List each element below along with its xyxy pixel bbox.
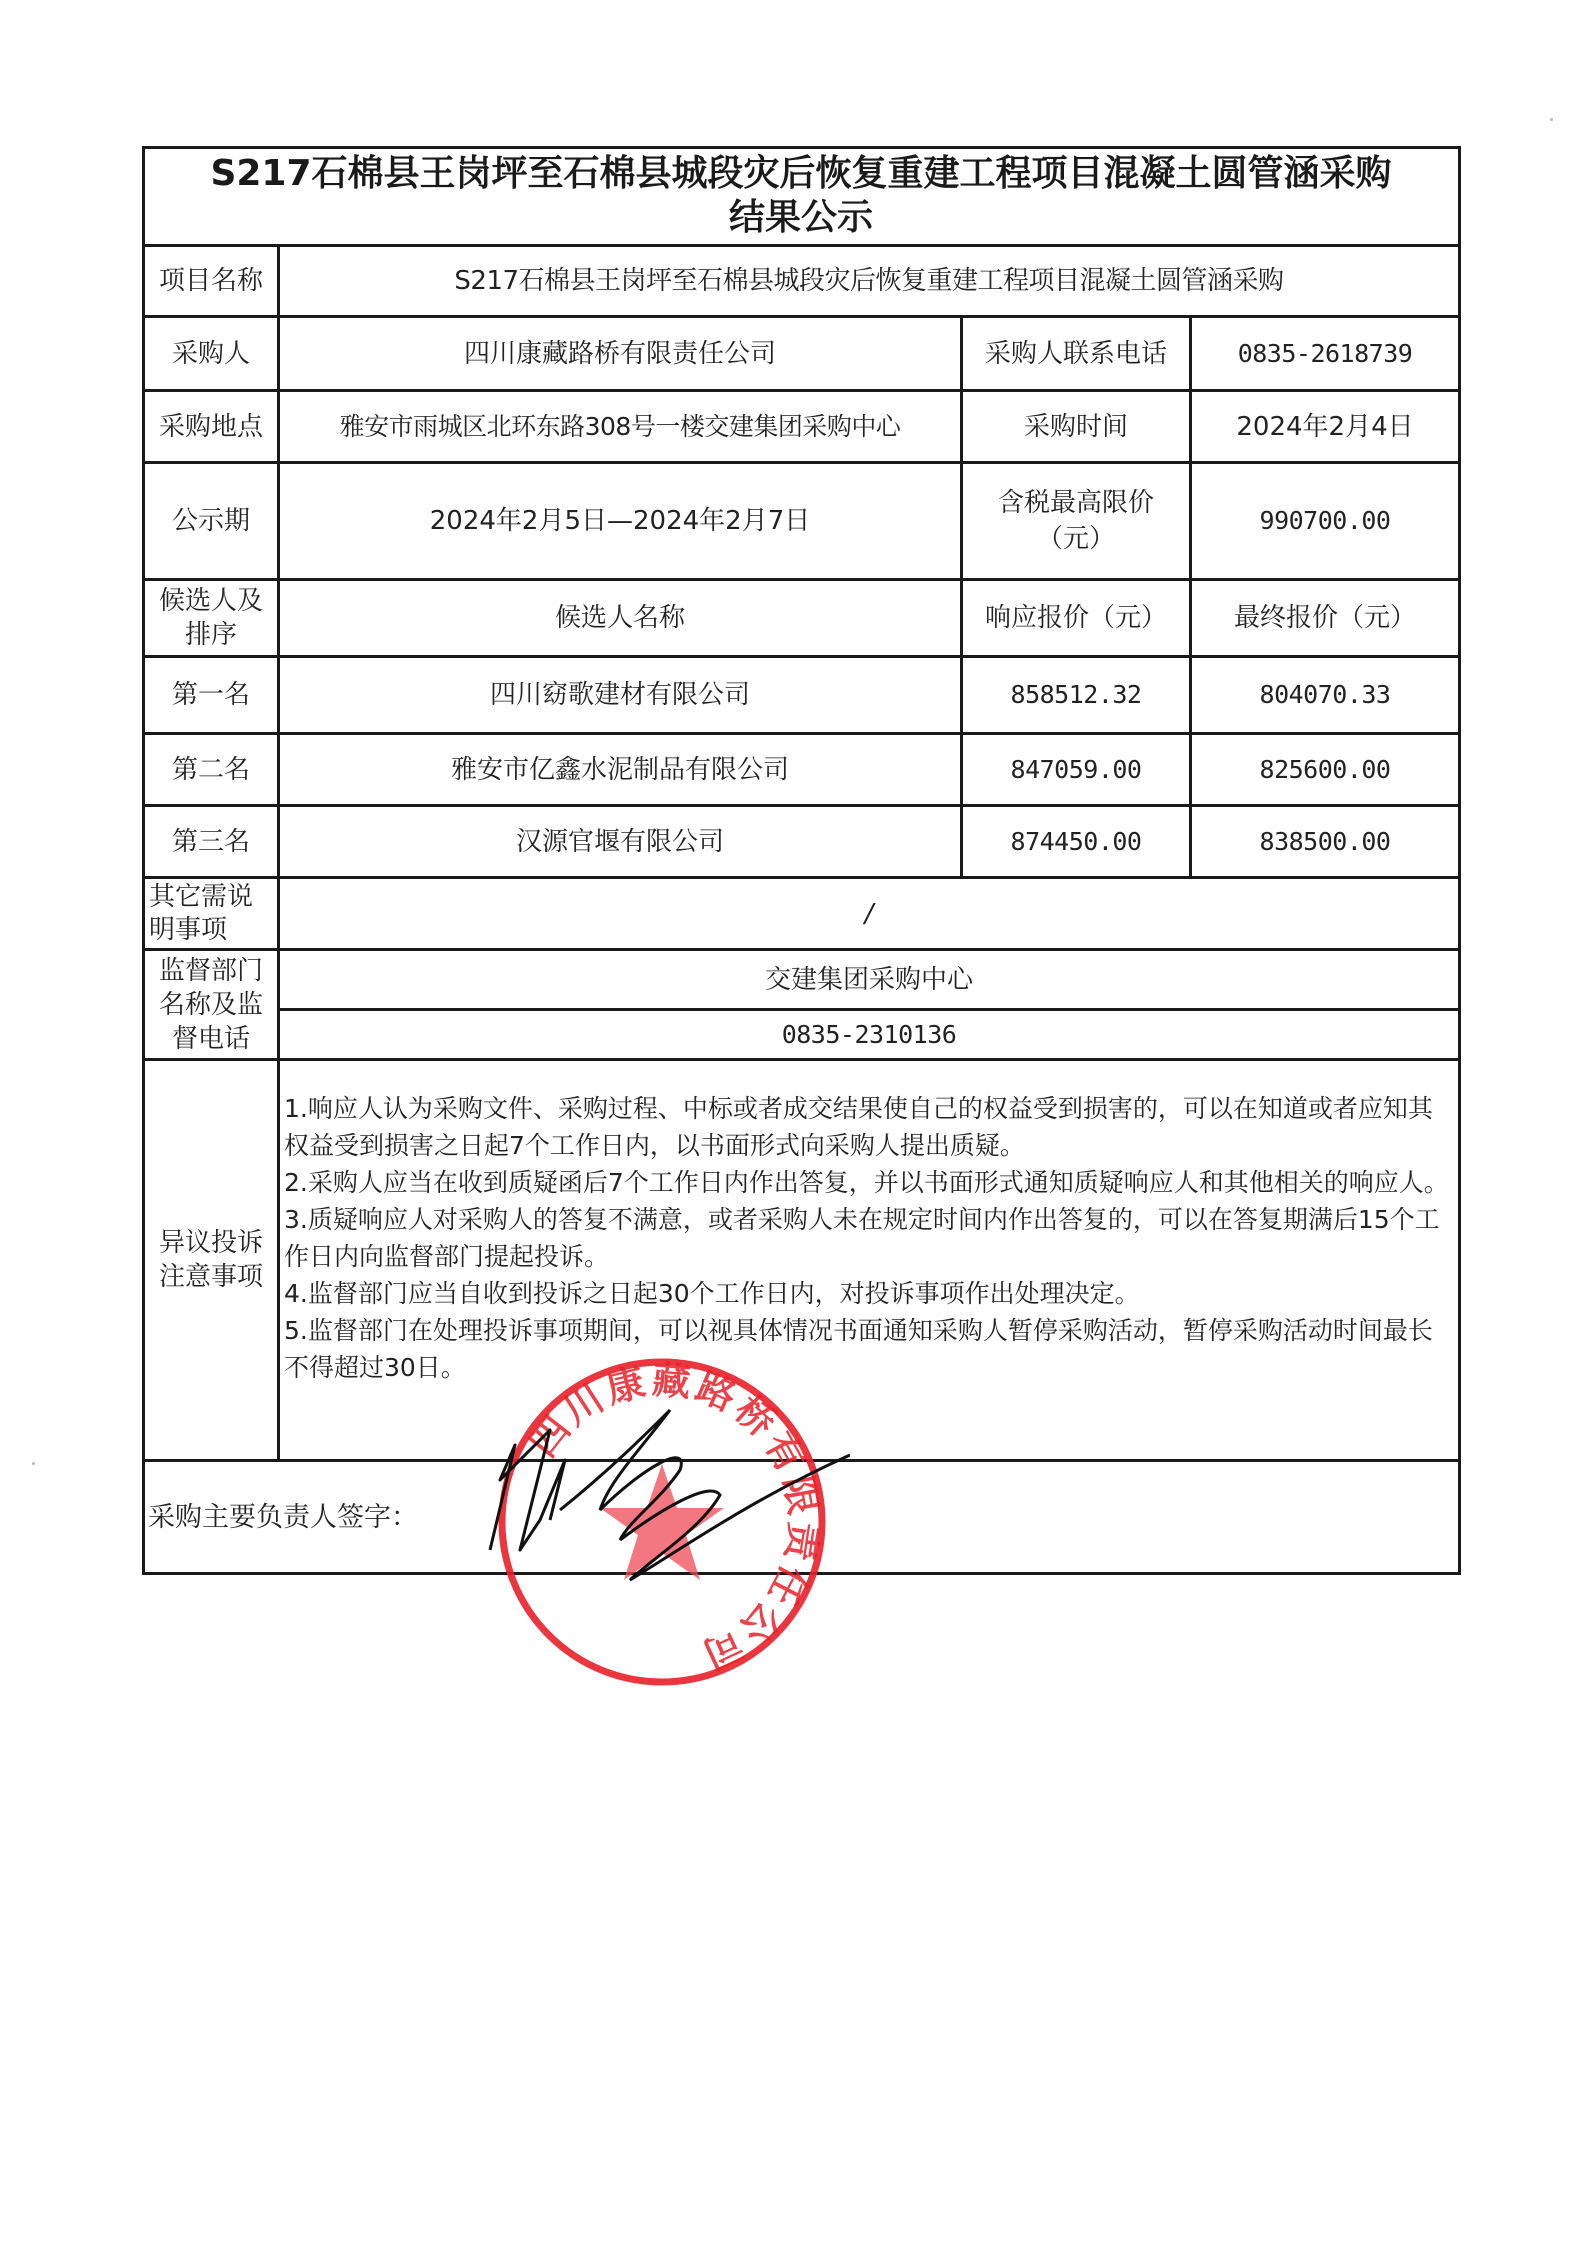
objections-label-line-1: 异议投诉: [159, 1226, 263, 1260]
purchaser-phone-value: 0835-2618739: [1192, 318, 1458, 389]
candidate-name: 四川窈歌建材有限公司: [280, 658, 960, 732]
procurement-result-notice: S217石棉县王岗坪至石棉县城段灾后恢复重建工程项目混凝土圆管涵采购 结果公示 …: [0, 0, 1587, 2244]
procurement-time-value: 2024年2月4日: [1192, 392, 1458, 461]
candidate-name-header: 候选人名称: [280, 581, 960, 655]
supervision-phone: 0835-2310136: [280, 1011, 1458, 1058]
project-name-value: S217石棉县王岗坪至石棉县城段灾后恢复重建工程项目混凝土圆管涵采购: [280, 247, 1458, 315]
table-border-right: [1458, 146, 1461, 1575]
response-price-header: 响应报价（元）: [963, 581, 1189, 655]
objections-notes: 1.响应人认为采购文件、采购过程、中标或者成交结果使自己的权益受到损害的，可以在…: [284, 1090, 1456, 1386]
candidate-final-price: 838500.00: [1192, 807, 1458, 876]
max-price-label: 含税最高限价 （元）: [963, 464, 1189, 578]
seal-text: 四川康藏路桥有限责任公司: [521, 1358, 826, 1679]
candidate-rank: 第二名: [145, 735, 277, 804]
page-title: S217石棉县王岗坪至石棉县城段灾后恢复重建工程项目混凝土圆管涵采购 结果公示: [146, 148, 1456, 244]
candidate-name: 雅安市亿鑫水泥制品有限公司: [280, 735, 960, 804]
candidate-rank: 第一名: [145, 658, 277, 732]
purchaser-value: 四川康藏路桥有限责任公司: [280, 318, 960, 389]
supervision-department: 交建集团采购中心: [280, 951, 1458, 1008]
scan-speck: [1550, 118, 1553, 121]
scan-speck: [32, 1462, 35, 1465]
other-notes-label-line-1: 其它需说: [149, 881, 253, 914]
candidate-response-price: 847059.00: [963, 735, 1189, 804]
candidate-response-price: 858512.32: [963, 658, 1189, 732]
publicity-period-value: 2024年2月5日—2024年2月7日: [280, 464, 960, 578]
other-notes-value: /: [280, 879, 1458, 948]
objection-item: 5.监督部门在处理投诉事项期间，可以视具体情况书面通知采购人暂停采购活动，暂停采…: [284, 1312, 1456, 1386]
candidate-rank-header-line-1: 候选人及: [159, 584, 263, 618]
project-name-label: 项目名称: [145, 247, 277, 315]
objections-label: 异议投诉 注意事项: [145, 1061, 277, 1459]
candidate-name: 汉源官堰有限公司: [280, 807, 960, 876]
final-price-header: 最终报价（元）: [1192, 581, 1458, 655]
supervision-label-line-3: 督电话: [172, 1022, 250, 1056]
purchaser-label: 采购人: [145, 318, 277, 389]
supervision-label: 监督部门 名称及监 督电话: [145, 951, 277, 1058]
objection-item: 1.响应人认为采购文件、采购过程、中标或者成交结果使自己的权益受到损害的，可以在…: [284, 1090, 1456, 1164]
supervision-label-line-2: 名称及监: [159, 988, 263, 1022]
purchaser-phone-label: 采购人联系电话: [963, 318, 1189, 389]
title-line-2: 结果公示: [729, 196, 873, 240]
candidate-rank: 第三名: [145, 807, 277, 876]
objections-label-line-2: 注意事项: [159, 1260, 263, 1294]
handwritten-signature-icon: [470, 1400, 850, 1600]
company-seal-icon: 四川康藏路桥有限责任公司: [492, 1352, 832, 1692]
candidate-rank-header: 候选人及 排序: [145, 581, 277, 655]
objection-item: 3.质疑响应人对采购人的答复不满意，或者采购人未在规定时间内作出答复的，可以在答…: [284, 1201, 1456, 1275]
candidate-final-price: 804070.33: [1192, 658, 1458, 732]
objection-item: 4.监督部门应当自收到投诉之日起30个工作日内，对投诉事项作出处理决定。: [284, 1275, 1456, 1312]
supervision-label-line-1: 监督部门: [159, 954, 263, 988]
max-price-value: 990700.00: [1192, 464, 1458, 578]
table-rule: [143, 1058, 1461, 1061]
signature-label: 采购主要负责人签字：: [148, 1495, 418, 1534]
table-rule: [143, 1459, 1461, 1462]
publicity-period-label: 公示期: [145, 464, 277, 578]
procurement-location-label: 采购地点: [145, 392, 277, 461]
max-price-label-line-2: （元）: [1037, 521, 1115, 557]
other-notes-label-line-2: 明事项: [149, 914, 227, 947]
table-border-bottom: [143, 1572, 1461, 1575]
max-price-label-line-1: 含税最高限价: [998, 485, 1154, 521]
candidate-response-price: 874450.00: [963, 807, 1189, 876]
title-line-1: S217石棉县王岗坪至石棉县城段灾后恢复重建工程项目混凝土圆管涵采购: [210, 152, 1391, 196]
procurement-location-value: 雅安市雨城区北环东路308号一楼交建集团采购中心: [280, 392, 960, 461]
svg-text:四川康藏路桥有限责任公司: 四川康藏路桥有限责任公司: [521, 1358, 826, 1679]
candidate-rank-header-line-2: 排序: [185, 618, 237, 652]
procurement-time-label: 采购时间: [963, 392, 1189, 461]
candidate-final-price: 825600.00: [1192, 735, 1458, 804]
other-notes-label: 其它需说 明事项: [145, 879, 277, 948]
objection-item: 2.采购人应当在收到质疑函后7个工作日内作出答复，并以书面形式通知质疑响应人和其…: [284, 1164, 1456, 1201]
